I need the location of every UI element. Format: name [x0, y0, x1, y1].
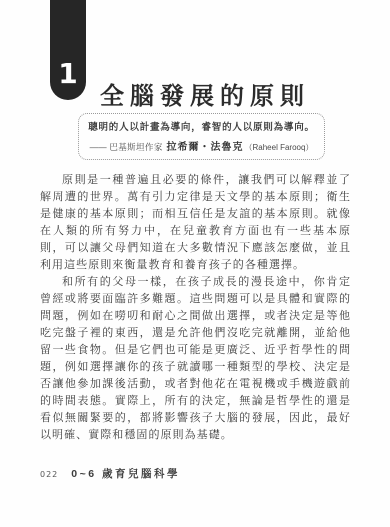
attribution-dash: —— — [90, 142, 107, 152]
page-number: 022 — [40, 470, 58, 479]
author-name-english: （Raheel Farooq） — [245, 143, 314, 152]
author-role: 巴基斯坦作家 — [107, 142, 166, 152]
page-footer: 022 0~6 歲育兒腦科學 — [40, 466, 180, 481]
author-name: 拉希爾・法魯克 — [167, 142, 244, 153]
chapter-number-tab: 1 — [50, 0, 86, 100]
body-text: 原則是一種普遍且必要的條件，讓我們可以解釋並了解周遭的世界。萬有引力定律是天文學… — [40, 171, 351, 443]
book-page: 1 全腦發展的原則 聰明的人以計畫為導向，睿智的人以原則為導向。 —— 巴基斯坦… — [0, 0, 390, 527]
chapter-title: 全腦發展的原則 — [100, 76, 310, 111]
body-paragraph-1: 原則是一種普遍且必要的條件，讓我們可以解釋並了解周遭的世界。萬有引力定律是天文學… — [40, 171, 351, 273]
chapter-number: 1 — [58, 60, 77, 100]
quote-attribution: —— 巴基斯坦作家 拉希爾・法魯克（Raheel Farooq） — [85, 138, 318, 153]
quote-text: 聰明的人以計畫為導向，睿智的人以原則為導向。 — [85, 121, 318, 135]
epigraph-quote-box: 聰明的人以計畫為導向，睿智的人以原則為導向。 —— 巴基斯坦作家 拉希爾・法魯克… — [78, 113, 325, 160]
body-paragraph-2: 和所有的父母一樣，在孩子成長的漫長途中，你肯定曾經或將要面臨許多難題。這些問題可… — [40, 273, 351, 443]
book-title: 0~6 歲育兒腦科學 — [71, 466, 180, 481]
